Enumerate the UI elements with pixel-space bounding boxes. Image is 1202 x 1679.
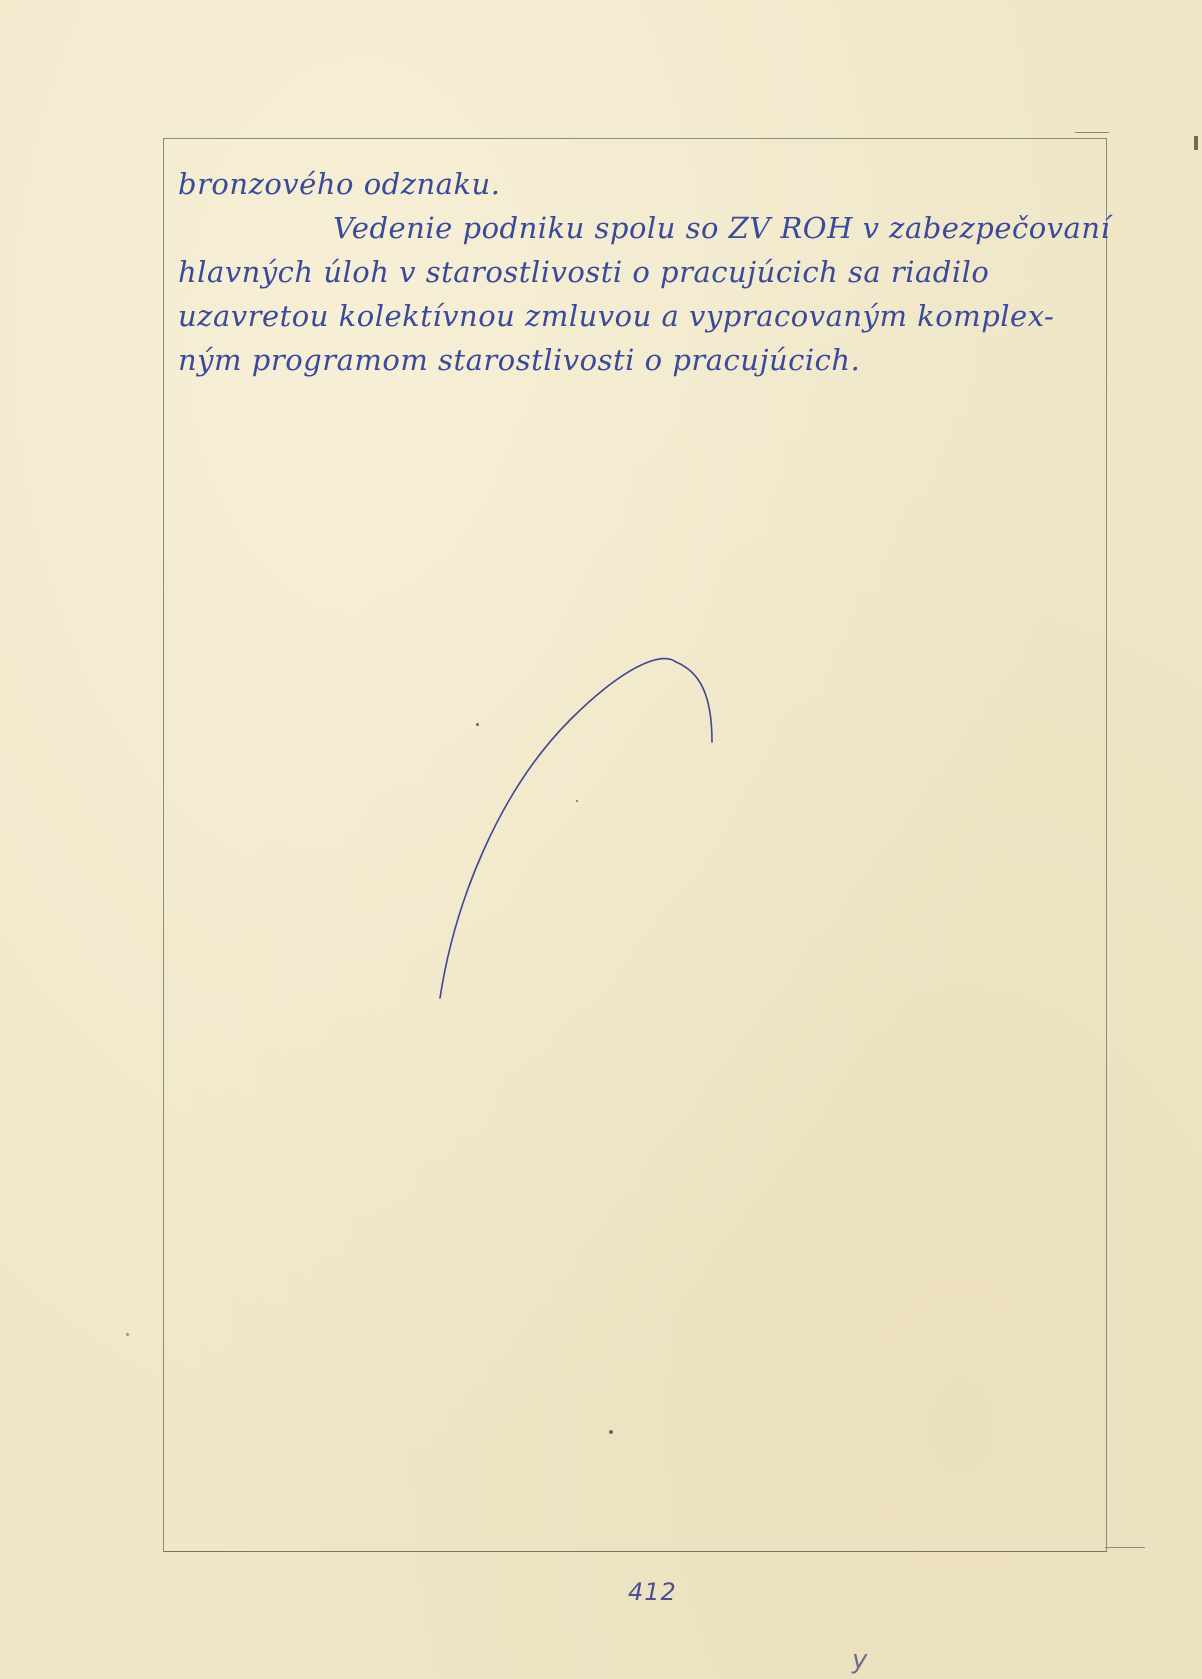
- text-line-5: ným programom starostlivosti o pracujúci…: [178, 338, 1098, 382]
- paper-speck: [476, 723, 479, 726]
- corner-pencil-mark: y: [852, 1645, 867, 1675]
- text-line-3: hlavných úloh v starostlivosti o pracujú…: [178, 250, 1098, 294]
- paper-speck: [609, 1430, 613, 1434]
- text-line-4: uzavretou kolektívnou zmluvou a vypracov…: [178, 294, 1098, 338]
- paper-speck: [126, 1333, 129, 1336]
- frame-corner-tick-bottom: [1105, 1547, 1145, 1548]
- paper-speck: [576, 800, 578, 802]
- text-line-2: Vedenie podniku spolu so ZV ROH v zabezp…: [178, 206, 1098, 250]
- text-line-1: bronzového odznaku.: [178, 162, 1098, 206]
- frame-corner-tick-top: [1075, 132, 1109, 133]
- handwritten-text-block: bronzového odznaku. Vedenie podniku spol…: [178, 162, 1098, 382]
- binding-mark: [1194, 136, 1198, 150]
- page-number: 412: [628, 1578, 677, 1606]
